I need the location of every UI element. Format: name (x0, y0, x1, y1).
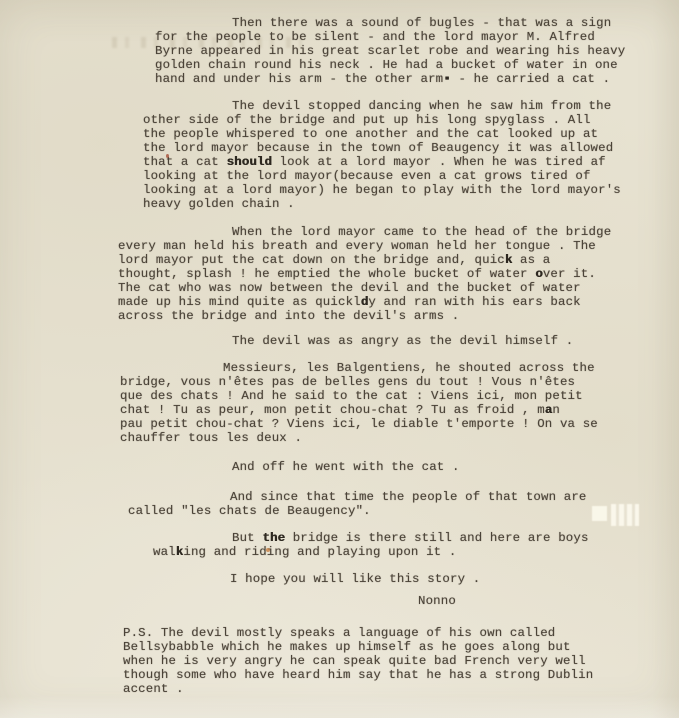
paragraph-devil-spyglass: The devil stopped dancing when he saw hi… (143, 99, 621, 211)
text-line: The devil stopped dancing when he saw hi… (232, 99, 621, 113)
text-line: que des chats ! And he said to the cat :… (120, 389, 598, 403)
overstrike-char: ▪ (443, 72, 451, 86)
text-line: Messieurs, les Balgentiens, he shouted a… (223, 361, 598, 375)
text-line: chat ! Tu as peur, mon petit chou-chat ?… (120, 403, 598, 417)
text-line: the lord mayor because in the town of Be… (143, 141, 621, 155)
correction-tape-mark-striped (611, 504, 639, 526)
text-line: looking at a lord mayor) he began to pla… (143, 183, 621, 197)
overstrike-char: should (226, 155, 272, 169)
text-line: across the bridge and into the devil's a… (118, 309, 611, 323)
text-line: heavy golden chain . (143, 197, 621, 211)
text-line: other side of the bridge and put up his … (143, 113, 621, 127)
text-line: thought, splash ! he emptied the whole b… (118, 267, 611, 281)
text-line: Byrne appeared in his great scarlet robe… (155, 44, 625, 58)
text-line: I hope you will like this story . (230, 572, 480, 586)
paragraph-bucket-of-water: When the lord mayor came to the head of … (118, 225, 611, 323)
text-line: bridge, vous n'êtes pas de belles gens d… (120, 375, 598, 389)
ink-dot (266, 548, 270, 552)
correction-tape-mark (592, 506, 607, 521)
ink-dot (166, 154, 169, 158)
text-line: that a cat should look at a lord mayor .… (143, 155, 621, 169)
text-line: The cat who was now between the devil an… (118, 281, 611, 295)
text-line: walking and riding and playing upon it . (153, 545, 589, 559)
text-line: the people whispered to one another and … (143, 127, 621, 141)
text-line: And since that time the people of that t… (230, 490, 587, 504)
text-line: every man held his breath and every woma… (118, 239, 611, 253)
paragraph-bridge-still-there: But the bridge is there still and here a… (153, 531, 589, 559)
paragraph-postscript: P.S. The devil mostly speaks a language … (123, 626, 593, 696)
text-line: called "les chats de Beaugency". (128, 504, 587, 518)
paragraph-bugles: Then there was a sound of bugles - that … (155, 16, 625, 86)
paragraph-hope-you-like: I hope you will like this story . (230, 572, 480, 586)
text-line: pau petit chou-chat ? Viens ici, le diab… (120, 417, 598, 431)
text-line: made up his mind quite as quickldy and r… (118, 295, 611, 309)
signature-nonno: Nonno (418, 594, 456, 608)
text-line: when he is very angry he can speak quite… (123, 654, 593, 668)
text-line: though some who have heard him say that … (123, 668, 593, 682)
paragraph-devil-angry: The devil was as angry as the devil hims… (232, 334, 573, 348)
paragraph-chats-de-beaugency: And since that time the people of that t… (128, 490, 587, 518)
text-line: golden chain round his neck . He had a b… (155, 58, 625, 72)
paragraph-off-he-went: And off he went with the cat . (232, 460, 460, 474)
text-line: accent . (123, 682, 593, 696)
text-line: When the lord mayor came to the head of … (232, 225, 611, 239)
text-line: hand and under his arm - the other arm▪ … (155, 72, 625, 86)
text-line: But the bridge is there still and here a… (232, 531, 589, 545)
text-line: looking at the lord mayor(because even a… (143, 169, 621, 183)
paragraph-french-speech: Messieurs, les Balgentiens, he shouted a… (120, 361, 598, 445)
text-line: The devil was as angry as the devil hims… (232, 334, 573, 348)
letter-page: Then there was a sound of bugles - that … (0, 0, 679, 718)
text-line: P.S. The devil mostly speaks a language … (123, 626, 593, 640)
text-line: And off he went with the cat . (232, 460, 460, 474)
overstrike-char: the (262, 531, 285, 545)
text-line: chauffer tous les deux . (120, 431, 598, 445)
text-line: lord mayor put the cat down on the bridg… (118, 253, 611, 267)
text-line: Bellsybabble which he makes up himself a… (123, 640, 593, 654)
text-line: Then there was a sound of bugles - that … (232, 16, 625, 30)
text-line: for the people to be silent - and the lo… (155, 30, 625, 44)
overstrike-char: o (535, 267, 543, 281)
